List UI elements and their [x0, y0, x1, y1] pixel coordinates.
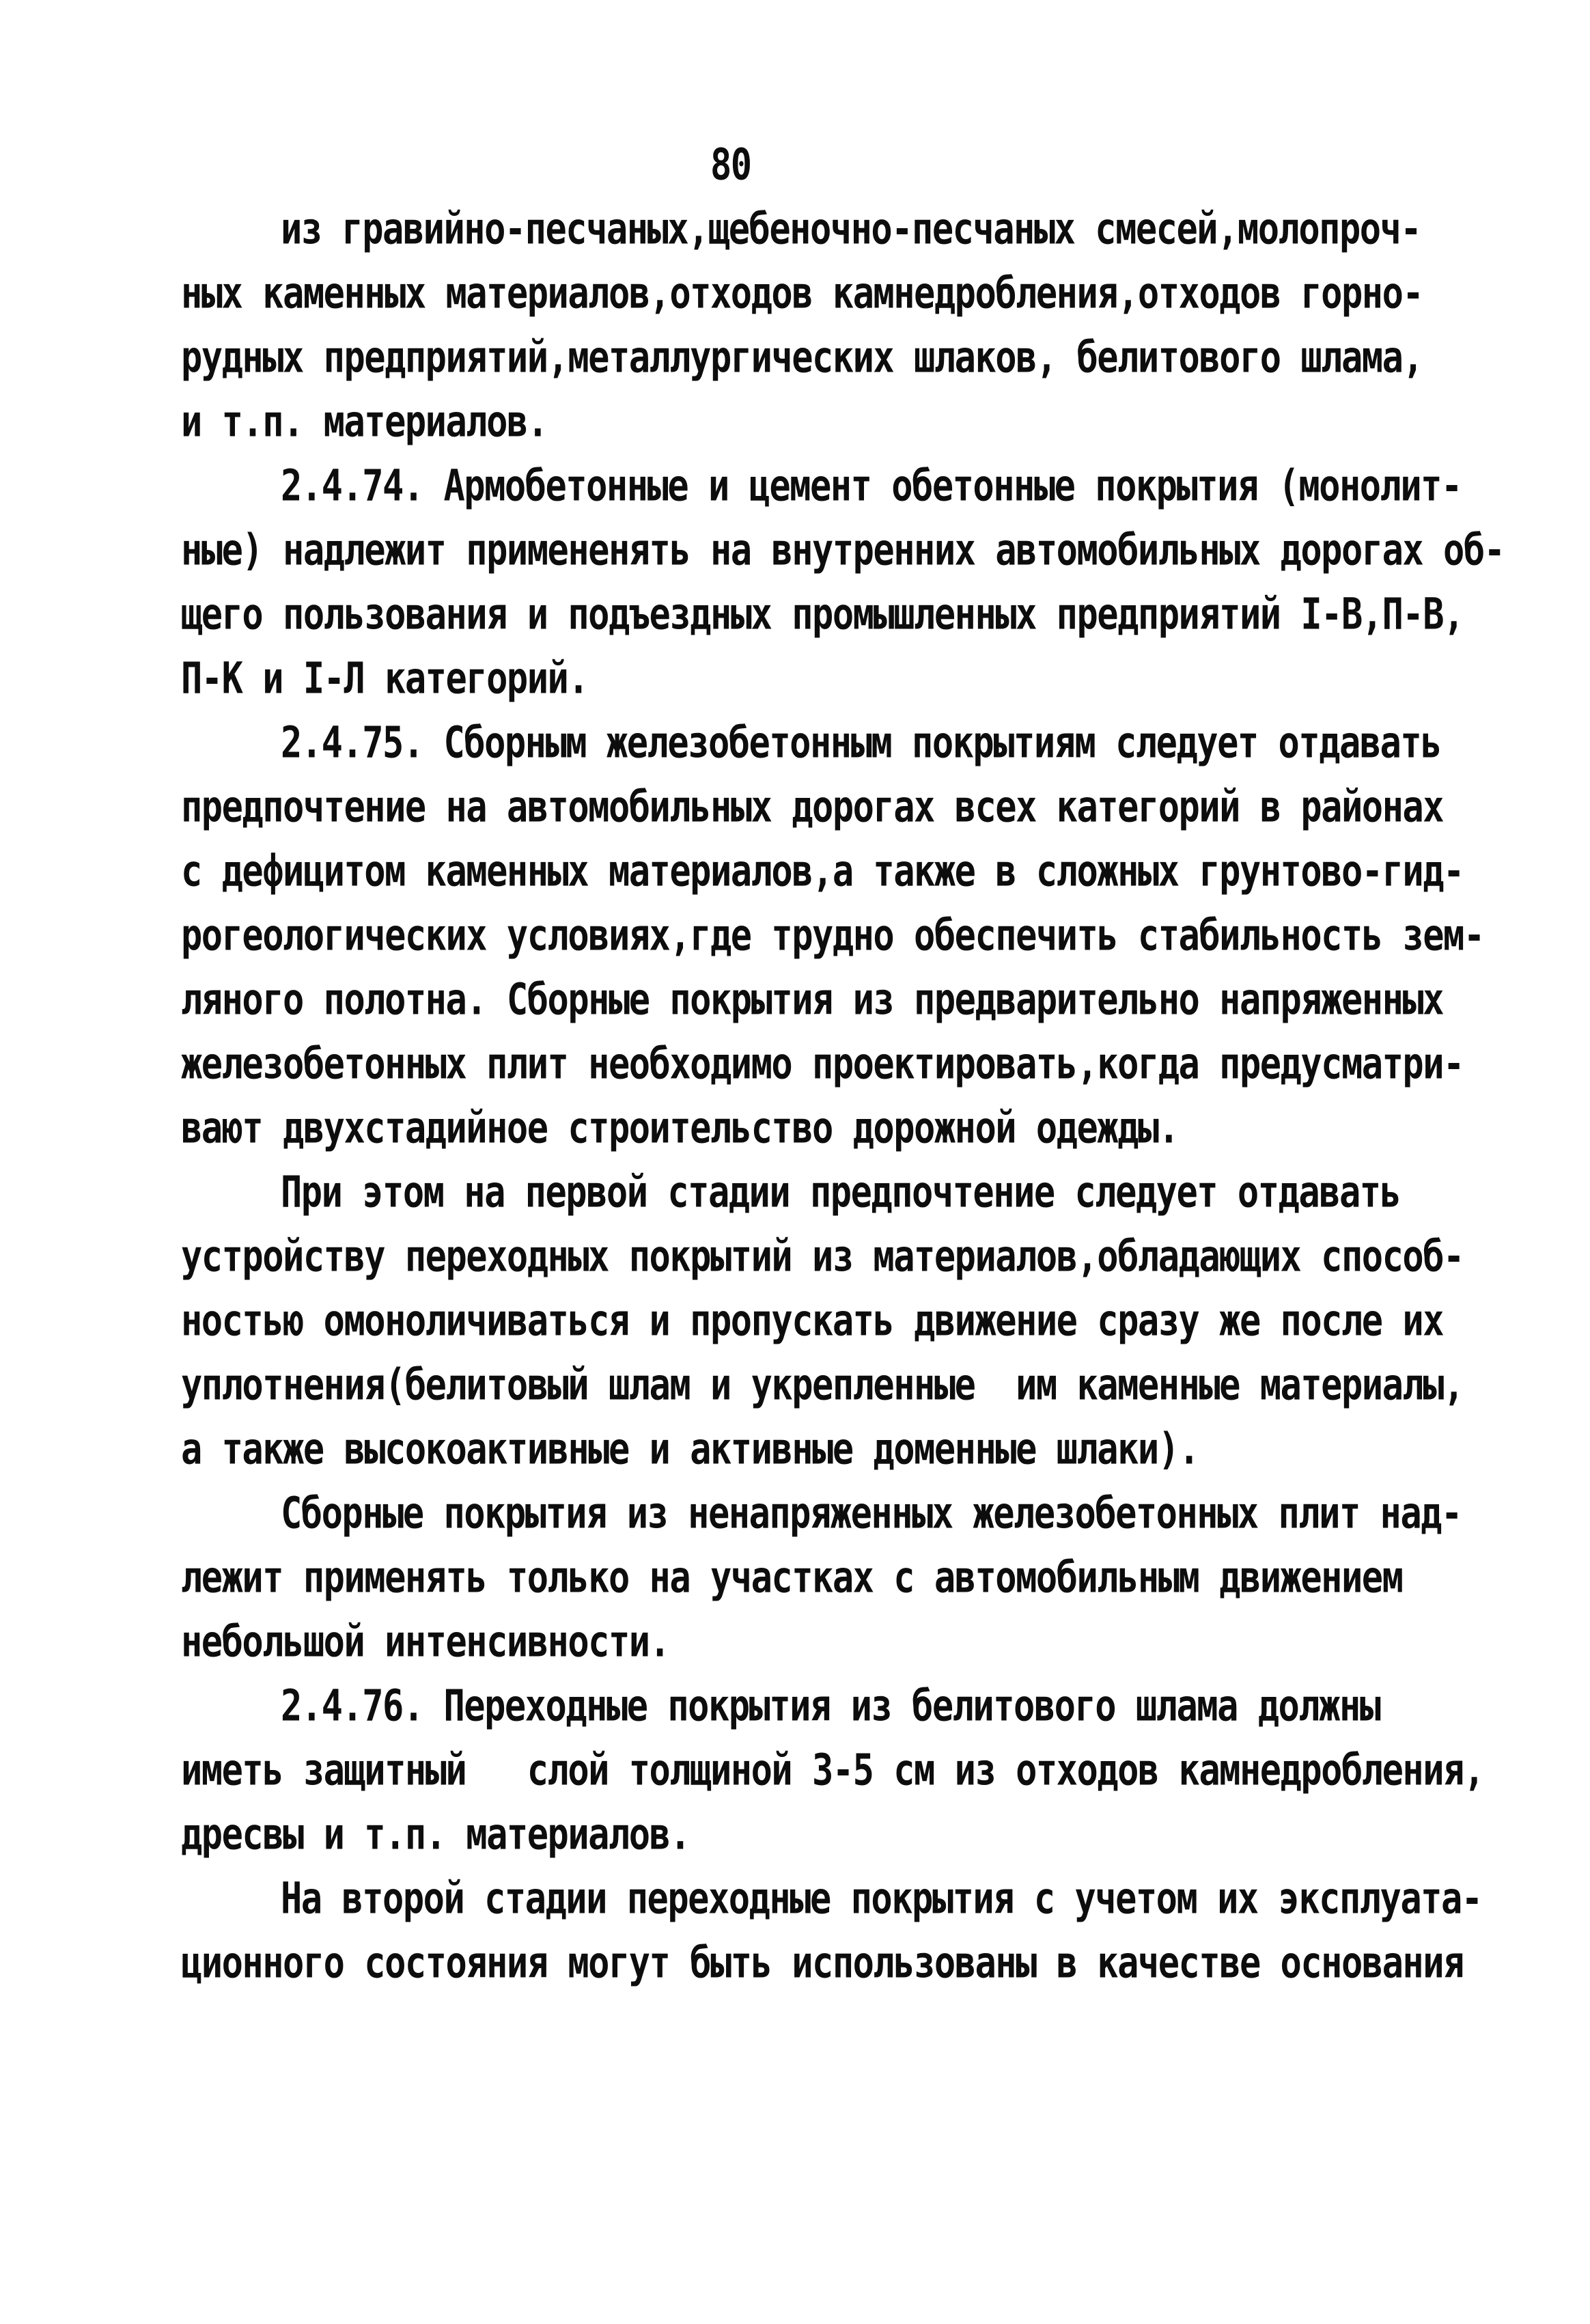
text-line: П-К и I-Л категорий. [181, 648, 1520, 712]
document-body: из гравийно-песчаных,щебеночно-песчаных … [181, 198, 1520, 1996]
text-line: При этом на первой стадии предпочтение с… [181, 1161, 1520, 1226]
text-line: рудных предприятий,металлургических шлак… [181, 327, 1520, 391]
text-line: ные) надлежит примененять на внутренних … [181, 519, 1520, 583]
text-line: ностью омоноличиваться и пропускать движ… [181, 1290, 1520, 1354]
text-line: 2.4.75. Сборным железобетонным покрытиям… [181, 712, 1520, 776]
text-line: ционного состояния могут быть использова… [181, 1932, 1520, 1996]
text-line: 2.4.74. Армобетонные и цемент обетонные … [181, 455, 1520, 519]
text-line: предпочтение на автомобильных дорогах вс… [181, 776, 1520, 840]
text-line: и т.п. материалов. [181, 391, 1520, 455]
text-line: лежит применять только на участках с авт… [181, 1547, 1520, 1611]
text-line: устройству переходных покрытий из матери… [181, 1226, 1520, 1290]
text-line: уплотнения(белитовый шлам и укрепленные … [181, 1354, 1520, 1418]
text-line: вают двухстадийное строительство дорожно… [181, 1097, 1520, 1161]
text-line: иметь защитный слой толщиной 3-5 см из о… [181, 1739, 1520, 1803]
page-number: 80 [710, 140, 751, 190]
text-line: 2.4.76. Переходные покрытия из белитовог… [181, 1675, 1520, 1739]
text-line: щего пользования и подъездных промышленн… [181, 583, 1520, 648]
text-line: На второй стадии переходные покрытия с у… [181, 1868, 1520, 1932]
text-line: ляного полотна. Сборные покрытия из пред… [181, 969, 1520, 1033]
text-line: из гравийно-песчаных,щебеночно-песчаных … [181, 198, 1520, 262]
text-line: железобетонных плит необходимо проектиро… [181, 1033, 1520, 1097]
text-line: а также высокоактивные и активные доменн… [181, 1418, 1520, 1482]
text-line: дресвы и т.п. материалов. [181, 1803, 1520, 1868]
text-line: рогеологических условиях,где трудно обес… [181, 904, 1520, 969]
text-line: с дефицитом каменных материалов,а также … [181, 840, 1520, 904]
text-line: небольшой интенсивности. [181, 1611, 1520, 1675]
text-line: ных каменных материалов,отходов камнедро… [181, 262, 1520, 327]
scanned-page: 80 из гравийно-песчаных,щебеночно-песчан… [0, 0, 1590, 2324]
text-line: Сборные покрытия из ненапряженных железо… [181, 1482, 1520, 1547]
text-line-content: ционного состояния могут быть использова… [181, 1924, 1464, 2003]
